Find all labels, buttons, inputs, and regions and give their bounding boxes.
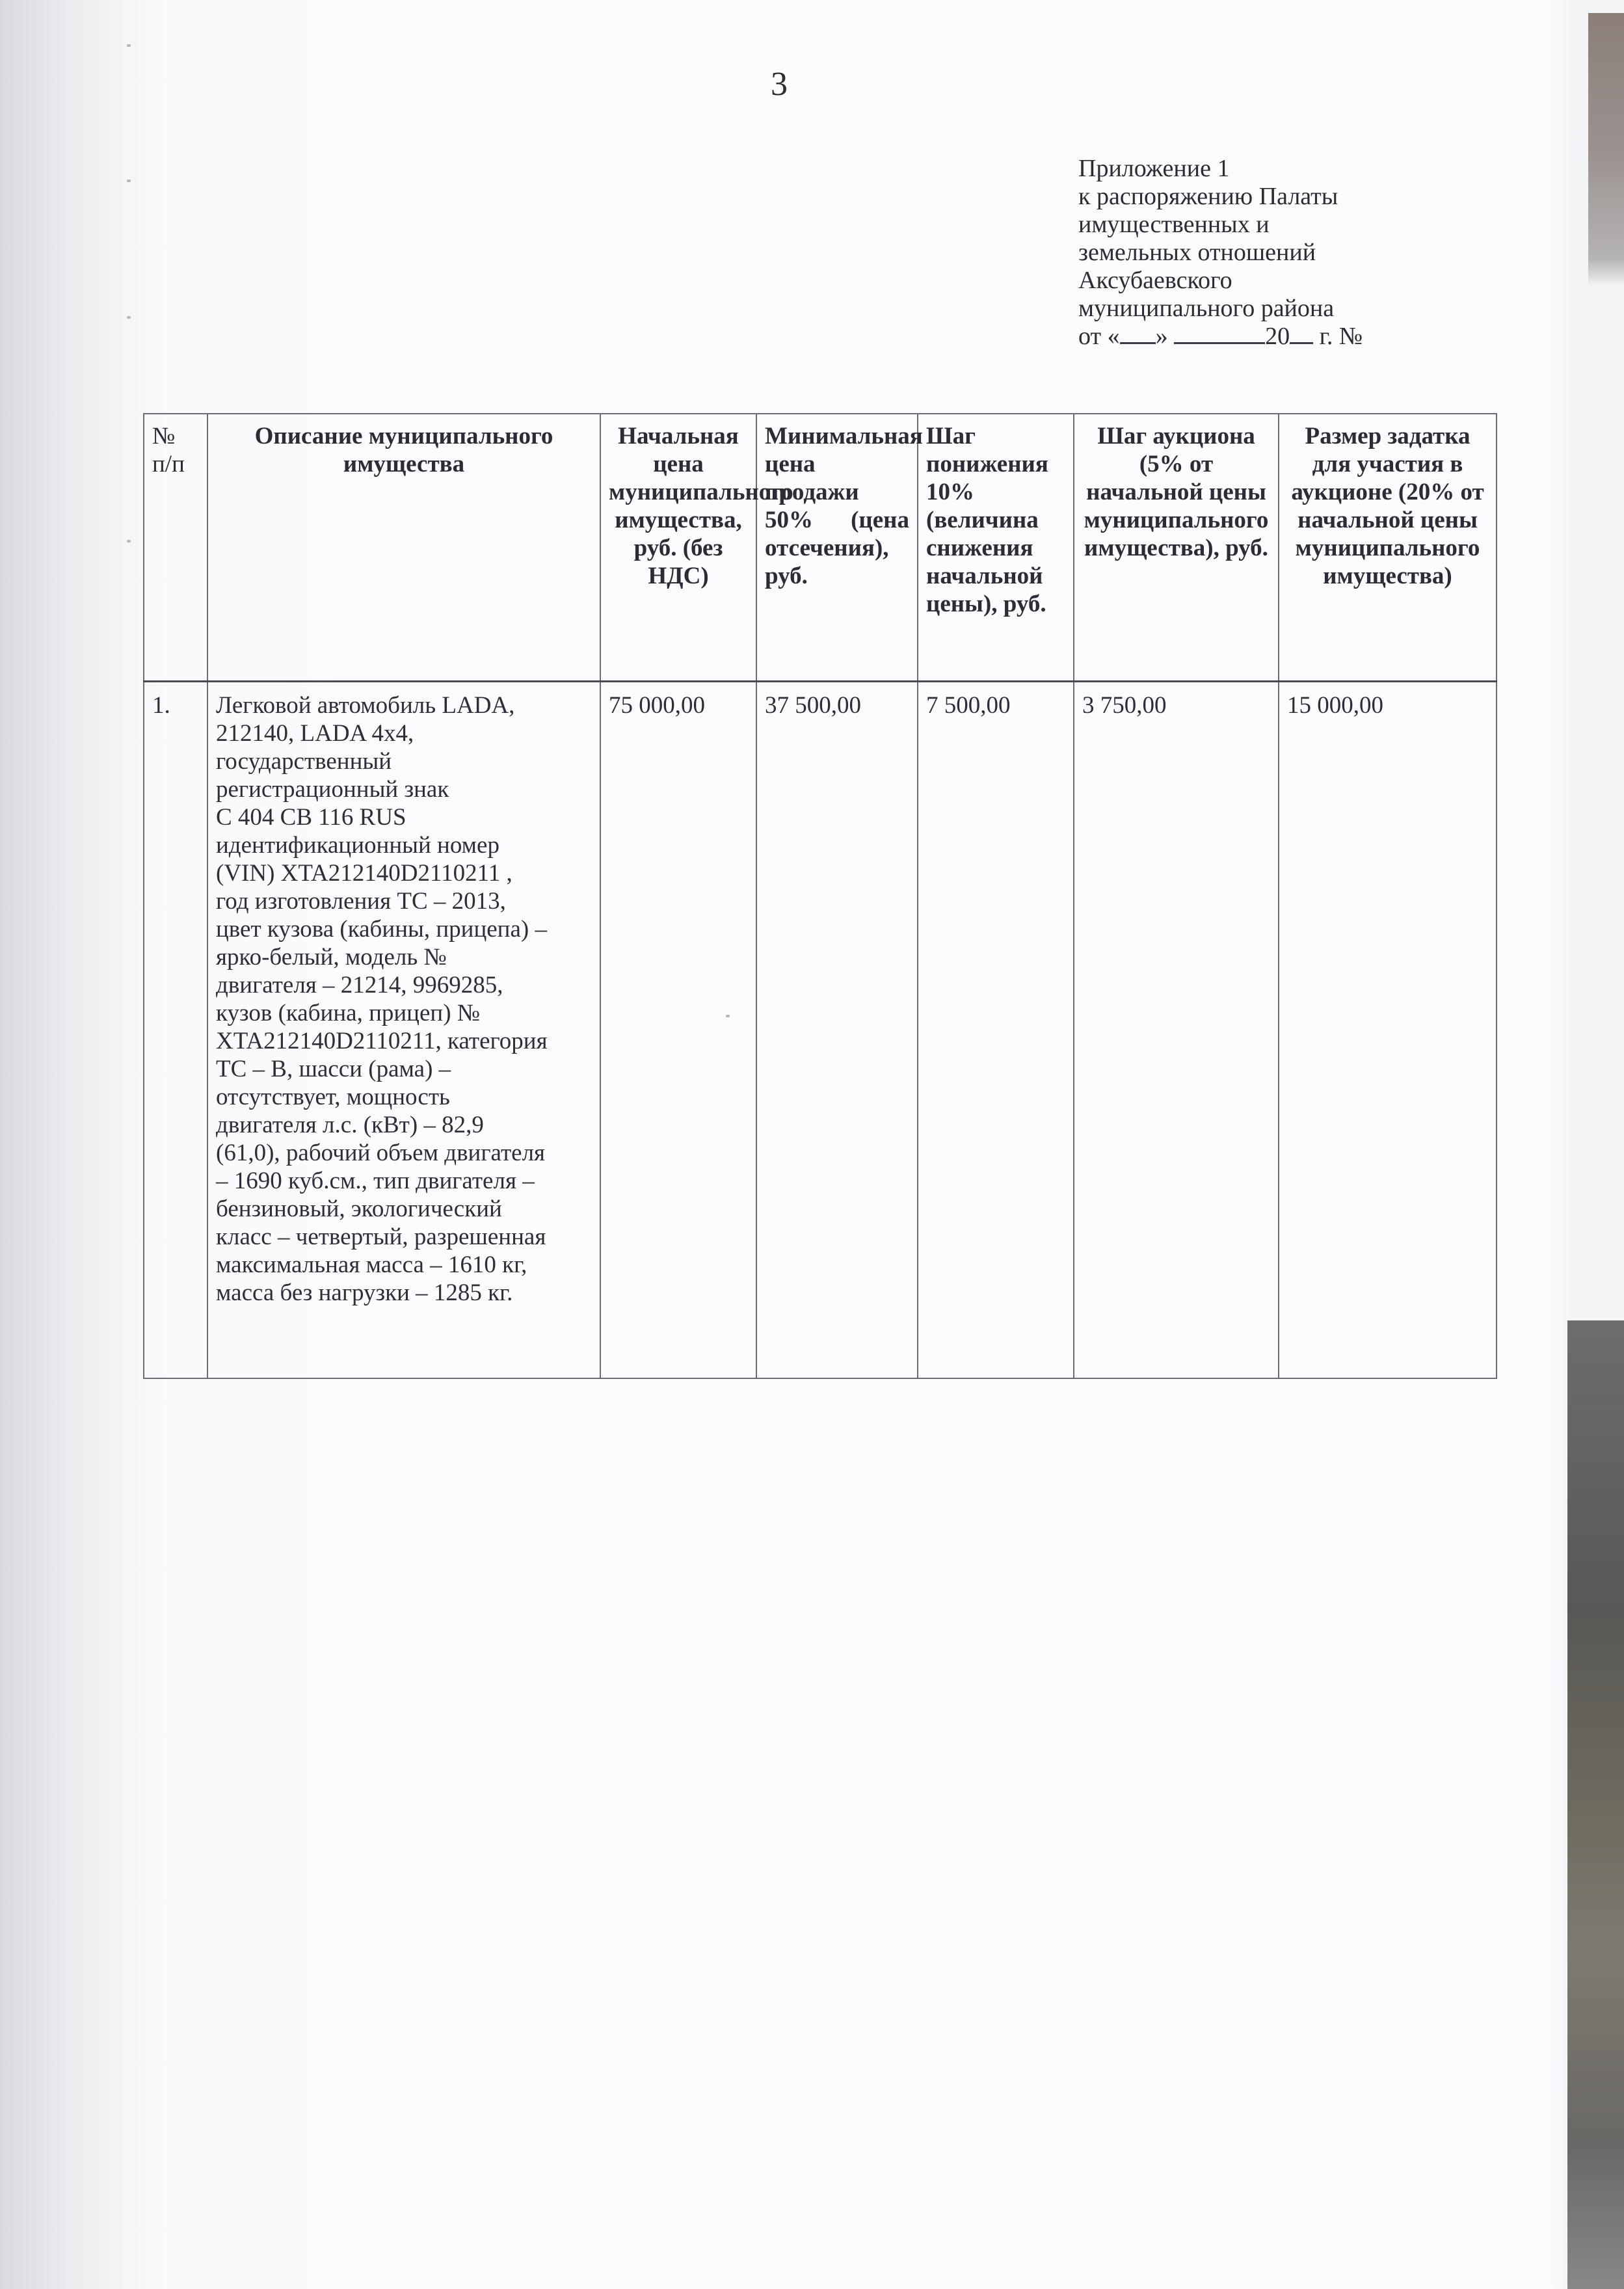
cell-min-price: 37 500,00 [756,682,918,1379]
header-deposit: Размер задатка для участия в аукционе (2… [1279,414,1497,682]
appendix-title: Приложение 1 [1078,155,1363,183]
appendix-date-line: от «» 20 г. № [1078,323,1363,351]
year-blank [1290,323,1313,344]
appendix-line: муниципального района [1078,295,1363,323]
cell-number: 1. [144,682,207,1379]
appendix-header: Приложение 1 к распоряжению Палаты имуще… [1078,155,1363,351]
punch-mark [127,180,131,182]
cell-step-down: 7 500,00 [918,682,1074,1379]
header-step-down: Шаг понижения 10% (величина снижения нач… [918,414,1074,682]
punch-mark [127,44,131,47]
cell-deposit: 15 000,00 [1279,682,1497,1379]
punch-mark [127,540,131,542]
date-prefix: от « [1078,323,1120,350]
day-blank [1120,323,1156,344]
cell-description: Легковой автомобиль LADA, 212140, LADA 4… [207,682,600,1379]
appendix-line: Аксубаевского [1078,267,1363,295]
month-blank [1174,323,1265,344]
table-row: 1. Легковой автомобиль LADA, 212140, LAD… [144,682,1497,1379]
table-header-row: № п/п Описание муниципального имущества … [144,414,1497,682]
header-start-price: Начальная цена муниципального имущества,… [600,414,756,682]
cell-start-price: 75 000,00 [600,682,756,1379]
date-suffix: г. № [1320,323,1363,350]
header-number: № п/п [144,414,207,682]
scan-shadow-left [0,0,124,2289]
page-number: 3 [771,65,788,103]
header-min-price: Минимальная цена продажи 50% (цена отсеч… [756,414,918,682]
appendix-line: земельных отношений [1078,239,1363,267]
header-auction-step: Шаг аукциона (5% от начальной цены муниц… [1074,414,1279,682]
date-year: 20 [1265,323,1290,350]
appendix-line: имущественных и [1078,211,1363,239]
scanned-page: 3 Приложение 1 к распоряжению Палаты иму… [0,0,1624,2289]
header-description: Описание муниципального имущества [207,414,600,682]
appendix-line: к распоряжению Палаты [1078,183,1363,211]
punch-mark [127,316,131,319]
property-table: № п/п Описание муниципального имущества … [143,413,1497,1379]
cell-auction-step: 3 750,00 [1074,682,1279,1379]
date-mid: » [1156,323,1168,350]
scan-edge-bottom-right [1567,1320,1624,2289]
scan-edge-top-right [1588,13,1624,286]
